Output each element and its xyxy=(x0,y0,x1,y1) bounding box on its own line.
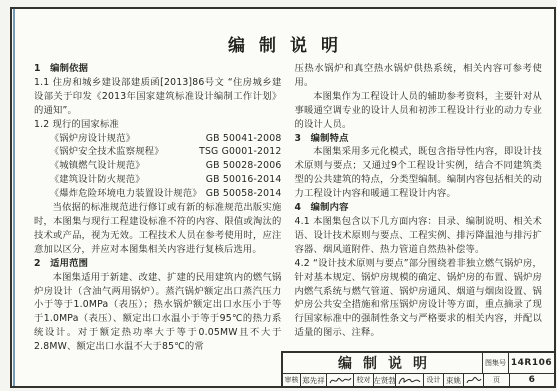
standard-code: TSG G0001-2012 xyxy=(199,145,281,159)
standard-name: 《建筑设计防火规范》 xyxy=(50,173,145,187)
title-block: 编制说明 图集号 14R106 审核 郑先祥 校对 左贤勃 设计 束姚 页 6 xyxy=(281,351,554,386)
scope-continuation-paragraph: 压热水锅炉和真空热水锅炉供热系统，相关内容可参考使用。 xyxy=(295,62,543,90)
feature-paragraph: 本图集采用多元化模式，既包含指导性内容，即设计技术原则与要点；又通过9个工程设计… xyxy=(295,145,543,201)
section-4-heading: 4 编制内容 xyxy=(295,201,543,215)
standard-name: 《锅炉房设计规范》 xyxy=(50,132,135,146)
standard-name: 《城镇燃气设计规范》 xyxy=(50,159,145,173)
scope-paragraph: 本图集适用于新建、改建、扩建的民用建筑内的燃气锅炉房设计（含油气两用锅炉）。蒸汽… xyxy=(34,271,282,354)
standard-code: GB 50041-2008 xyxy=(206,132,282,146)
audience-paragraph: 本图集作为工程设计人员的辅助参考资料，主要针对从事暖通空调专业的设计人员和初涉工… xyxy=(295,90,543,132)
checker-signature-icon xyxy=(395,374,423,386)
clause-4-1: 4.1 本图集包含以下几方面内容：目录、编制说明、相关术语、设计技术原则与要点、… xyxy=(295,215,543,257)
standard-name: 《爆炸危险环境电力装置设计规范》 xyxy=(50,187,202,201)
text-columns: 1 编制依据 1.1 住房和城乡建设部建质函[2013]86号文 “住房城乡建设… xyxy=(34,62,542,354)
standard-code: GB 50016-2014 xyxy=(206,173,282,187)
right-column: 压热水锅炉和真空热水锅炉供热系统，相关内容可参考使用。 本图集作为工程设计人员的… xyxy=(295,62,543,354)
standard-name: 《锅炉安全技术监察规程》 xyxy=(50,145,164,159)
title-block-row-2: 审核 郑先祥 校对 左贤勃 设计 束姚 页 6 xyxy=(283,374,554,386)
title-block-row-1: 编制说明 图集号 14R106 xyxy=(283,353,554,374)
page-number-value: 6 xyxy=(509,374,554,386)
clause-4-2: 4.2 “设计技术原则与要点”部分围绕着非独立燃气锅炉房，针对基本规定、锅炉房规… xyxy=(295,257,543,340)
page-label: 页 xyxy=(483,374,509,386)
standard-item: 《城镇燃气设计规范》 GB 50028-2006 xyxy=(34,159,282,173)
page-frame: 编制说明 1 编制依据 1.1 住房和城乡建设部建质函[2013]86号文 “住… xyxy=(10,7,556,388)
atlas-number-label: 图集号 xyxy=(482,353,508,373)
title-block-title: 编制说明 xyxy=(283,353,482,373)
standards-note-paragraph: 当依据的标准规范进行修订或有新的标准规范出版实施时，本图集与现行工程建设标准不符… xyxy=(34,201,282,257)
standard-code: GB 50058-2014 xyxy=(206,187,282,201)
designer-name: 束姚 xyxy=(443,374,463,386)
designer-label: 设计 xyxy=(423,374,443,386)
atlas-number-value: 14R106 xyxy=(508,353,554,373)
reviewer-name: 郑先祥 xyxy=(300,374,326,386)
reviewer-signature-icon xyxy=(326,374,353,386)
clause-1-2-heading: 1.2 现行的国家标准 xyxy=(34,118,282,132)
clause-1-1: 1.1 住房和城乡建设部建质函[2013]86号文 “住房城乡建设部关于印发《2… xyxy=(34,76,282,118)
standard-item: 《建筑设计防火规范》 GB 50016-2014 xyxy=(34,173,282,187)
checker-name: 左贤勃 xyxy=(373,374,395,386)
standard-item: 《锅炉房设计规范》 GB 50041-2008 xyxy=(34,132,282,146)
designer-signature-icon xyxy=(463,374,483,386)
section-3-heading: 3 编制特点 xyxy=(295,132,543,146)
checker-label: 校对 xyxy=(353,374,373,386)
page-title: 编制说明 xyxy=(12,31,554,56)
section-2-heading: 2 适用范围 xyxy=(34,257,282,271)
standard-code: GB 50028-2006 xyxy=(206,159,282,173)
standard-item: 《爆炸危险环境电力装置设计规范》 GB 50058-2014 xyxy=(34,187,282,201)
reviewer-label: 审核 xyxy=(283,374,300,386)
section-1-heading: 1 编制依据 xyxy=(34,62,282,76)
left-column: 1 编制依据 1.1 住房和城乡建设部建质函[2013]86号文 “住房城乡建设… xyxy=(34,62,282,354)
standard-item: 《锅炉安全技术监察规程》 TSG G0001-2012 xyxy=(34,145,282,159)
